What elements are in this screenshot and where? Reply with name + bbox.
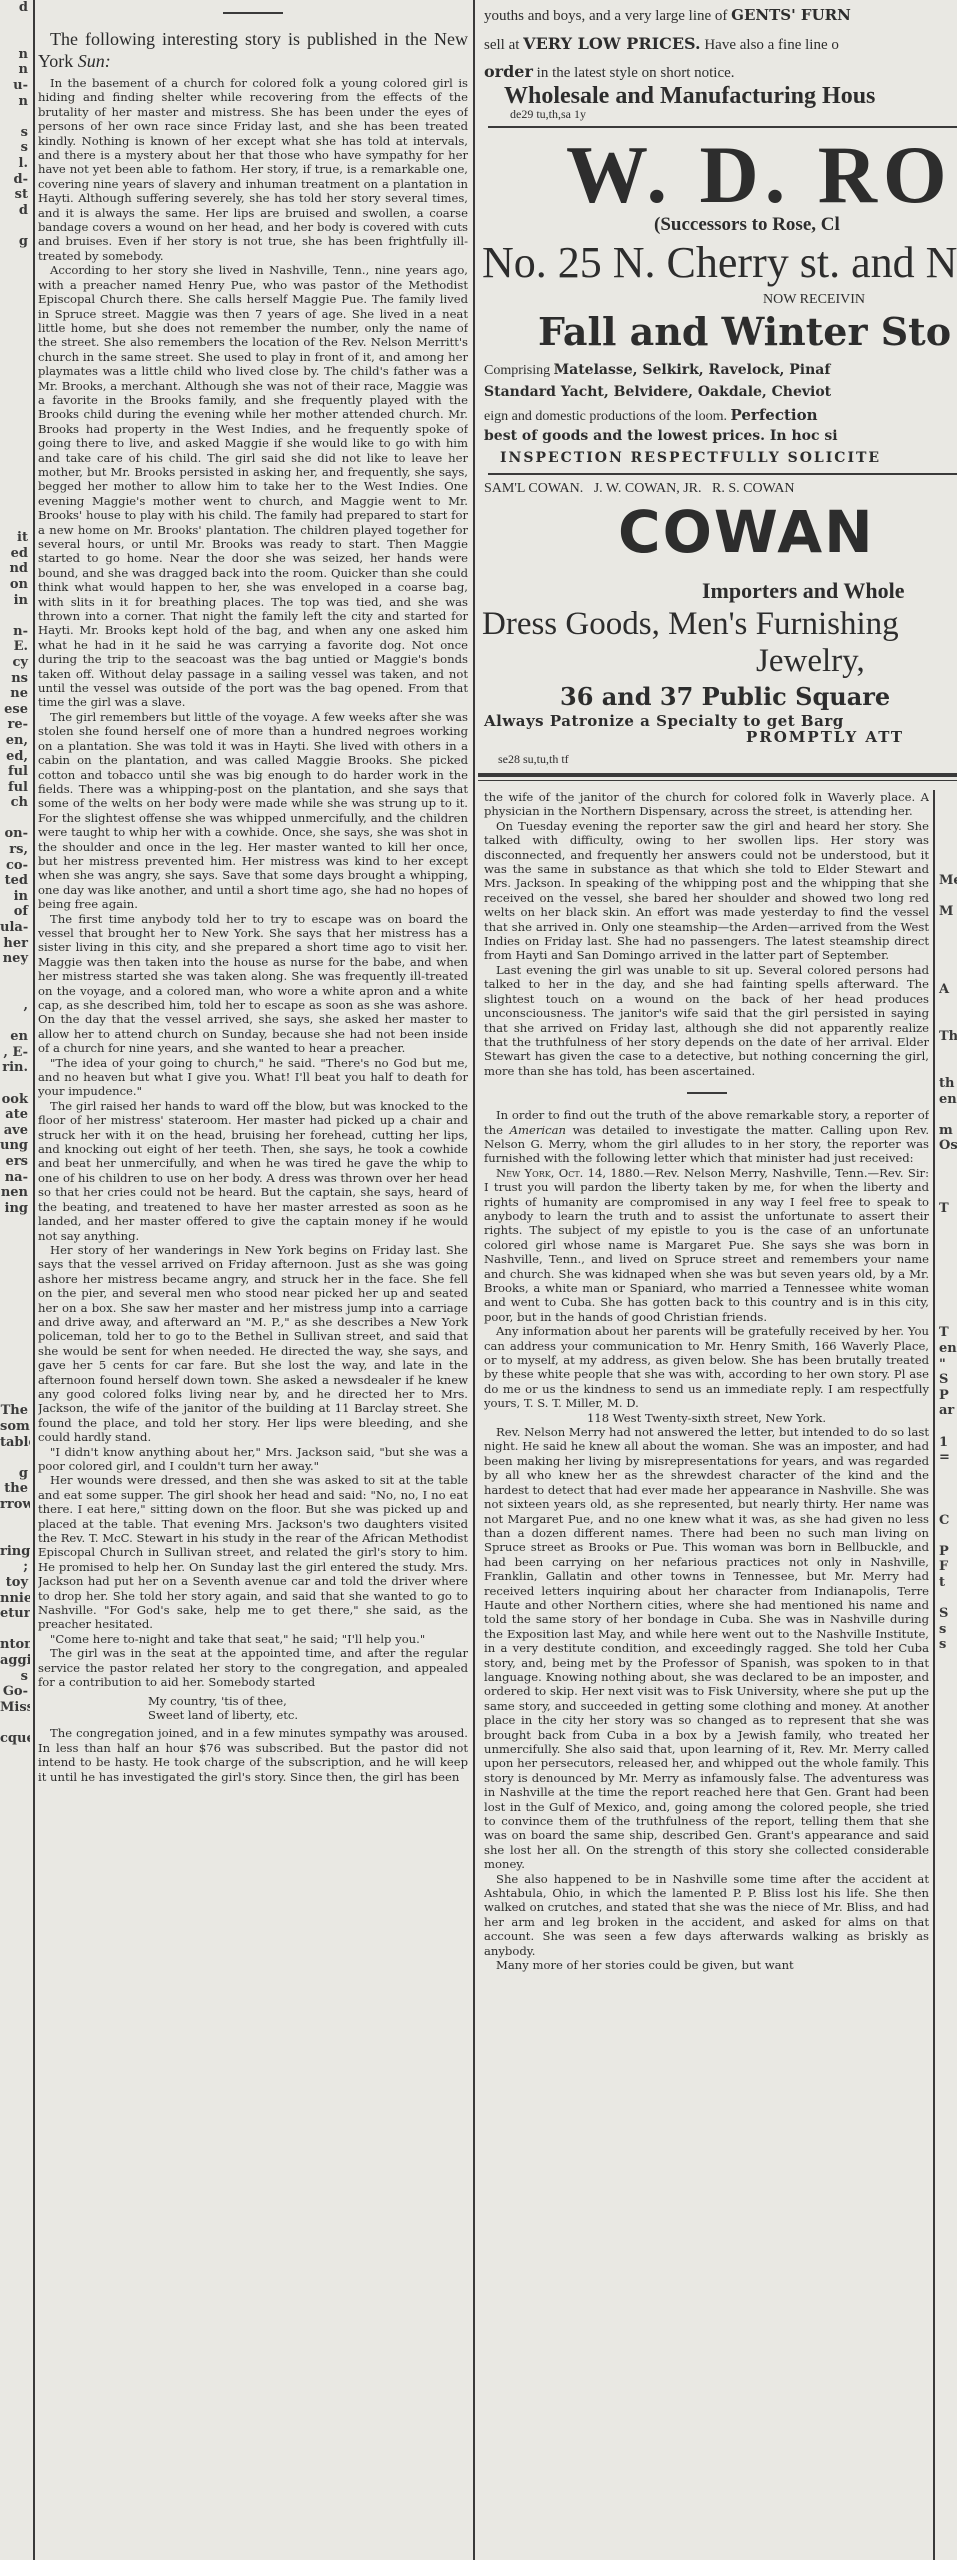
- story-paragraph: In the basement of a church for colored …: [38, 76, 468, 263]
- cropped-text-fragment: [937, 1170, 957, 1186]
- cropped-text-fragment: n: [0, 62, 30, 78]
- cropped-text-fragment: [0, 1513, 30, 1529]
- cropped-text-fragment: [937, 296, 957, 312]
- cropped-text-fragment: [937, 1466, 957, 1482]
- cropped-text-fragment: en,: [0, 733, 30, 749]
- cropped-text-fragment: [937, 0, 957, 16]
- cropped-text-fragment: [0, 483, 30, 499]
- cropped-text-fragment: aggie: [0, 1653, 30, 1669]
- cropped-text-fragment: [0, 343, 30, 359]
- cropped-text-fragment: table: [0, 1435, 30, 1451]
- cropped-text-fragment: [937, 421, 957, 437]
- cropped-text-fragment: [937, 1216, 957, 1232]
- section-divider: [687, 1092, 727, 1094]
- cropped-text-fragment: en: [937, 1092, 957, 1108]
- cropped-text-fragment: [937, 1014, 957, 1030]
- cropped-text-fragment: [0, 1232, 30, 1248]
- ads-bottom-rule: [478, 773, 957, 777]
- ad-prices-line: sell at VERY LOW PRICES. Have also a fin…: [484, 34, 839, 54]
- cropped-text-fragment: [937, 1481, 957, 1497]
- cropped-text-fragment: [937, 826, 957, 842]
- cropped-text-fragment: [0, 1528, 30, 1544]
- cropped-text-fragment: ate: [0, 1107, 30, 1123]
- story-paragraph: According to her story she lived in Nash…: [38, 263, 468, 710]
- ad-cowan-partners: SAM'L COWAN. J. W. COWAN, JR. R. S. COWA…: [484, 481, 794, 497]
- cropped-text-fragment: it: [0, 530, 30, 546]
- cropped-text-fragment: T: [937, 1325, 957, 1341]
- cropped-text-fragment: [937, 764, 957, 780]
- cropped-text-fragment: [937, 1248, 957, 1264]
- cropped-text-fragment: M: [937, 904, 957, 920]
- cropped-text-fragment: ar: [937, 1403, 957, 1419]
- cropped-text-fragment: [937, 842, 957, 858]
- cropped-text-fragment: [937, 998, 957, 1014]
- cropped-text-fragment: [937, 1045, 957, 1061]
- cropped-text-fragment: [937, 405, 957, 421]
- cropped-text-fragment: rs,: [0, 842, 30, 858]
- cropped-text-fragment: some: [0, 1419, 30, 1435]
- cropped-text-fragment: ful: [0, 780, 30, 796]
- cropped-text-fragment: nnie: [0, 1591, 30, 1607]
- cropped-text-fragment: rrow: [0, 1497, 30, 1513]
- cropped-text-fragment: [937, 889, 957, 905]
- story-paragraph: She also happened to be in Nashville som…: [484, 1872, 929, 1958]
- cropped-text-fragment: [937, 686, 957, 702]
- cropped-text-fragment: [0, 811, 30, 827]
- cropped-text-fragment: s: [937, 1622, 957, 1638]
- cropped-text-fragment: cque,: [0, 1731, 30, 1747]
- story-paragraph: The girl raised her hands to ward off th…: [38, 1099, 468, 1243]
- cropped-text-fragment: [0, 312, 30, 328]
- ad-divider: [488, 473, 957, 475]
- letter-address: 118 West Twenty-sixth street, New York.: [484, 1411, 929, 1425]
- ad-cowan-name: COWAN: [618, 500, 875, 564]
- investigation-paragraph: In order to find out the truth of the ab…: [484, 1108, 929, 1166]
- cropped-text-fragment: [0, 421, 30, 437]
- cropped-text-fragment: [937, 47, 957, 63]
- cropped-text-fragment: ed: [0, 546, 30, 562]
- cropped-text-fragment: ese: [0, 702, 30, 718]
- cropped-text-fragment: 1: [937, 1435, 957, 1451]
- ads-bottom-rule-thin: [478, 780, 957, 781]
- cropped-text-fragment: [937, 936, 957, 952]
- cropped-text-fragment: [0, 265, 30, 281]
- cropped-text-fragment: nd: [0, 561, 30, 577]
- cropped-text-fragment: [937, 593, 957, 609]
- cropped-text-fragment: [0, 1372, 30, 1388]
- cropped-text-fragment: Miss: [0, 1700, 30, 1716]
- cropped-text-fragment: m: [937, 1123, 957, 1139]
- cropped-text-fragment: Os: [937, 1138, 957, 1154]
- cropped-text-fragment: [0, 1263, 30, 1279]
- cropped-text-fragment: ers: [0, 1154, 30, 1170]
- advertisements: youths and boys, and a very large line o…: [478, 0, 957, 780]
- cropped-text-fragment: st: [0, 187, 30, 203]
- story-paragraph: Rev. Nelson Merry had not answered the l…: [484, 1425, 929, 1872]
- story-paragraph: "Come here to-night and take that seat,"…: [38, 1632, 468, 1646]
- cropped-text-fragment: [0, 1325, 30, 1341]
- story-paragraph: Many more of her stories could be given,…: [484, 1958, 929, 1972]
- cropped-text-fragment: ; toy: [0, 1559, 30, 1590]
- cropped-text-fragment: P: [937, 1544, 957, 1560]
- cropped-text-fragment: [937, 624, 957, 640]
- cropped-text-fragment: g the: [0, 1466, 30, 1497]
- story-paragraph: "The idea of your going to church," he s…: [38, 1056, 468, 1099]
- cropped-text-fragment: [937, 31, 957, 47]
- cropped-text-fragment: [937, 951, 957, 967]
- cropped-text-fragment: ns: [0, 671, 30, 687]
- ad-importers: Importers and Whole: [702, 578, 905, 604]
- ad-successors: (Successors to Rose, Cl: [654, 214, 840, 236]
- cropped-text-fragment: [937, 1528, 957, 1544]
- cropped-text-fragment: [937, 172, 957, 188]
- cropped-text-fragment: [937, 749, 957, 765]
- cropped-text-fragment: ave: [0, 1123, 30, 1139]
- cropped-text-fragment: [937, 561, 957, 577]
- cropped-text-fragment: d: [0, 203, 30, 219]
- cropped-text-fragment: [0, 452, 30, 468]
- cropped-text-fragment: [937, 858, 957, 874]
- cropped-text-fragment: s: [937, 1637, 957, 1653]
- cropped-text-fragment: ing: [0, 1201, 30, 1217]
- ad-code: de29 tu,th,sa 1y: [510, 107, 586, 122]
- cropped-text-fragment: [0, 1388, 30, 1404]
- cropped-text-fragment: [937, 1279, 957, 1295]
- cropped-text-fragment: [0, 967, 30, 983]
- cropped-text-fragment: on-: [0, 826, 30, 842]
- cropped-text-fragment: [937, 702, 957, 718]
- cropped-text-fragment: ed,: [0, 749, 30, 765]
- story-paragraph: The girl was in the seat at the appointe…: [38, 1646, 468, 1689]
- story-paragraph: The congregation joined, and in a few mi…: [38, 1726, 468, 1784]
- cropped-text-fragment: eturn: [0, 1606, 30, 1622]
- ad-public-square: 36 and 37 Public Square: [560, 682, 890, 711]
- cropped-text-fragment: nton;: [0, 1637, 30, 1653]
- cropped-text-fragment: [937, 1294, 957, 1310]
- cropped-text-fragment: ch: [0, 795, 30, 811]
- cropped-text-fragment: [0, 359, 30, 375]
- cropped-text-fragment: [0, 31, 30, 47]
- cropped-text-fragment: u-: [0, 78, 30, 94]
- cropped-text-fragment: na-: [0, 1170, 30, 1186]
- story-paragraph: The girl remembers but little of the voy…: [38, 710, 468, 912]
- cropped-text-fragment: [937, 499, 957, 515]
- cropped-text-fragment: t: [937, 1575, 957, 1591]
- cropped-text-fragment: [0, 499, 30, 515]
- cropped-text-fragment: on: [0, 577, 30, 593]
- ad-fall-winter: Fall and Winter Sto: [538, 310, 951, 354]
- cropped-text-fragment: [937, 1107, 957, 1123]
- cropped-text-fragment: [937, 967, 957, 983]
- cropped-text-fragment: The: [0, 1403, 30, 1419]
- cropped-text-fragment: her: [0, 936, 30, 952]
- section-divider: [223, 12, 283, 14]
- cropped-text-fragment: [937, 655, 957, 671]
- story-paragraph: "I didn't know anything about her," Mrs.…: [38, 1445, 468, 1474]
- cropped-text-fragment: S: [937, 1372, 957, 1388]
- poem-quote: My country, 'tis of thee, Sweet land of …: [38, 1694, 468, 1723]
- cropped-text-fragment: ney: [0, 951, 30, 967]
- cropped-text-fragment: s: [0, 140, 30, 156]
- cropped-text-fragment: [0, 16, 30, 32]
- cropped-text-fragment: [0, 437, 30, 453]
- cropped-text-fragment: [0, 1715, 30, 1731]
- ad-code: se28 su,tu,th tf: [498, 752, 569, 767]
- cropped-text-fragment: [937, 780, 957, 796]
- cropped-text-fragment: [0, 1279, 30, 1295]
- cropped-text-fragment: [0, 1014, 30, 1030]
- cropped-text-fragment: [0, 1294, 30, 1310]
- cropped-text-fragment: Th: [937, 1029, 957, 1045]
- cropped-text-fragment: [0, 1450, 30, 1466]
- ad-now-receiving: NOW RECEIVIN: [763, 292, 865, 308]
- story-paragraph: Her wounds were dressed, and then she wa…: [38, 1473, 468, 1631]
- right-cropped-column: Me M A Th then mOs T Ten"SPar 1= C PFt S…: [937, 0, 957, 2560]
- cropped-text-fragment: ook: [0, 1092, 30, 1108]
- cropped-text-fragment: [0, 281, 30, 297]
- cropped-text-fragment: [937, 1263, 957, 1279]
- story-paragraph: Her story of her wanderings in New York …: [38, 1243, 468, 1445]
- cropped-text-fragment: [937, 156, 957, 172]
- cropped-text-fragment: [937, 671, 957, 687]
- cropped-text-fragment: [0, 515, 30, 531]
- cropped-text-fragment: ne: [0, 686, 30, 702]
- cropped-text-fragment: P: [937, 1388, 957, 1404]
- cropped-text-fragment: ring,: [0, 1544, 30, 1560]
- cropped-text-fragment: [937, 1185, 957, 1201]
- cropped-text-fragment: l.: [0, 156, 30, 172]
- cropped-text-fragment: [0, 608, 30, 624]
- cropped-text-fragment: s Go-: [0, 1669, 30, 1700]
- cropped-text-fragment: [937, 1232, 957, 1248]
- ad-wholesale-heading: Wholesale and Manufacturing Hous: [504, 83, 875, 110]
- cropped-text-fragment: [0, 250, 30, 266]
- main-story-column: The following interesting story is publi…: [38, 12, 468, 2560]
- cropped-text-fragment: re-: [0, 717, 30, 733]
- cropped-text-fragment: [0, 1310, 30, 1326]
- ad-order-line: order in the latest style on short notic…: [484, 62, 735, 82]
- poem-line: My country, 'tis of thee,: [148, 1694, 468, 1708]
- cropped-text-fragment: [937, 608, 957, 624]
- cropped-text-fragment: co-: [0, 858, 30, 874]
- cropped-text-fragment: in: [0, 593, 30, 609]
- cropped-text-fragment: in: [0, 889, 30, 905]
- ad-jewelry: Jewelry,: [756, 642, 865, 680]
- cropped-text-fragment: [937, 343, 957, 359]
- cropped-text-fragment: [937, 281, 957, 297]
- column-rule-left: [33, 0, 35, 2560]
- cropped-text-fragment: [0, 468, 30, 484]
- cropped-text-fragment: n-: [0, 624, 30, 640]
- cropped-text-fragment: [937, 811, 957, 827]
- cropped-text-fragment: =: [937, 1450, 957, 1466]
- cropped-text-fragment: [937, 483, 957, 499]
- cropped-text-fragment: rin.: [0, 1060, 30, 1076]
- cropped-text-fragment: [937, 515, 957, 531]
- cropped-text-fragment: T: [937, 1201, 957, 1217]
- ad-comprising: Comprising Matelasse, Selkirk, Ravelock,…: [484, 362, 830, 379]
- cropped-text-fragment: [937, 390, 957, 406]
- cropped-text-fragment: [0, 390, 30, 406]
- cropped-text-fragment: S: [937, 1606, 957, 1622]
- letter-paragraph: Any information about her parents will b…: [484, 1324, 929, 1410]
- cropped-text-fragment: d: [0, 0, 30, 16]
- ad-rose-name: W. D. ROS: [566, 130, 957, 220]
- cropped-text-fragment: ung: [0, 1138, 30, 1154]
- ad-eign-line: eign and domestic productions of the loo…: [484, 406, 818, 425]
- cropped-text-fragment: [937, 140, 957, 156]
- ad-promptly: PROMPTLY ATT: [746, 728, 904, 746]
- cropped-text-fragment: [937, 94, 957, 110]
- cropped-text-fragment: [937, 125, 957, 141]
- cropped-text-fragment: [937, 1154, 957, 1170]
- cropped-text-fragment: nen: [0, 1185, 30, 1201]
- ad-dress-goods: Dress Goods, Men's Furnishing: [482, 605, 899, 643]
- cropped-text-fragment: th: [937, 1076, 957, 1092]
- column-rule-center: [473, 0, 475, 2560]
- story-paragraph: Last evening the girl was unable to sit …: [484, 963, 929, 1078]
- cropped-text-fragment: [937, 577, 957, 593]
- cropped-text-fragment: Me: [937, 873, 957, 889]
- cropped-text-fragment: [937, 265, 957, 281]
- ad-standard-line: Standard Yacht, Belvidere, Oakdale, Chev…: [484, 384, 831, 400]
- cropped-text-fragment: of: [0, 904, 30, 920]
- cropped-text-fragment: [0, 218, 30, 234]
- cropped-text-fragment: [937, 374, 957, 390]
- cropped-text-fragment: n: [0, 47, 30, 63]
- cropped-text-fragment: en: [937, 1341, 957, 1357]
- cropped-text-fragment: [937, 468, 957, 484]
- cropped-text-fragment: [0, 1216, 30, 1232]
- cropped-text-fragment: ted: [0, 873, 30, 889]
- cropped-text-fragment: [937, 546, 957, 562]
- cropped-text-fragment: E.: [0, 639, 30, 655]
- ad-address: No. 25 N. Cherry st. and N: [482, 238, 957, 288]
- poem-line: Sweet land of liberty, etc.: [148, 1708, 468, 1722]
- ad-best-line: best of goods and the lowest prices. In …: [484, 428, 838, 444]
- cropped-text-fragment: [937, 109, 957, 125]
- cropped-text-fragment: [0, 327, 30, 343]
- cropped-text-fragment: [937, 639, 957, 655]
- cropped-text-fragment: [937, 250, 957, 266]
- cropped-text-fragment: F: [937, 1559, 957, 1575]
- column-rule-right: [933, 790, 935, 2560]
- right-story-column: the wife of the janitor of the church fo…: [484, 790, 929, 2560]
- cropped-text-fragment: [937, 1419, 957, 1435]
- letter-paragraph: New York, Oct. 14, 1880.—Rev. Nelson Mer…: [484, 1166, 929, 1324]
- cropped-text-fragment: [937, 1310, 957, 1326]
- cropped-text-fragment: ful: [0, 764, 30, 780]
- cropped-text-fragment: [0, 1076, 30, 1092]
- cropped-text-fragment: [937, 16, 957, 32]
- cropped-text-fragment: [937, 1060, 957, 1076]
- cropped-text-fragment: [937, 187, 957, 203]
- cropped-text-fragment: n: [0, 94, 30, 110]
- cropped-text-fragment: [937, 312, 957, 328]
- cropped-text-fragment: [0, 982, 30, 998]
- cropped-text-fragment: g: [0, 234, 30, 250]
- cropped-text-fragment: [937, 920, 957, 936]
- ad-inspection: INSPECTION RESPECTFULLY SOLICITE: [500, 450, 881, 466]
- cropped-text-fragment: d-: [0, 172, 30, 188]
- cropped-text-fragment: [0, 1357, 30, 1373]
- cropped-text-fragment: [937, 62, 957, 78]
- cropped-text-fragment: A: [937, 982, 957, 998]
- cropped-text-fragment: [937, 437, 957, 453]
- cropped-text-fragment: [0, 109, 30, 125]
- story-paragraph: the wife of the janitor of the church fo…: [484, 790, 929, 819]
- cropped-text-fragment: en: [0, 1029, 30, 1045]
- story-paragraph: The first time anybody told her to try t…: [38, 912, 468, 1056]
- cropped-text-fragment: [937, 78, 957, 94]
- cropped-text-fragment: C: [937, 1513, 957, 1529]
- cropped-text-fragment: ula-: [0, 920, 30, 936]
- cropped-text-fragment: cy: [0, 655, 30, 671]
- cropped-text-fragment: [937, 452, 957, 468]
- cropped-text-fragment: [937, 359, 957, 375]
- cropped-text-fragment: [937, 795, 957, 811]
- cropped-text-fragment: [0, 405, 30, 421]
- cropped-text-fragment: [937, 1591, 957, 1607]
- cropped-text-fragment: [0, 374, 30, 390]
- cropped-text-fragment: [0, 296, 30, 312]
- cropped-text-fragment: [937, 218, 957, 234]
- ad-divider: [488, 126, 957, 128]
- cropped-text-fragment: ,: [0, 998, 30, 1014]
- cropped-text-fragment: [0, 1248, 30, 1264]
- cropped-text-fragment: [937, 733, 957, 749]
- cropped-text-fragment: ": [937, 1357, 957, 1373]
- cropped-text-fragment: [0, 1622, 30, 1638]
- cropped-text-fragment: [0, 1341, 30, 1357]
- cropped-text-fragment: [937, 717, 957, 733]
- cropped-text-fragment: [937, 530, 957, 546]
- ad-gents-line: youths and boys, and a very large line o…: [484, 6, 851, 25]
- cropped-text-fragment: [937, 203, 957, 219]
- cropped-text-fragment: [937, 1497, 957, 1513]
- left-cropped-column: d nnu-n ssl.d-std g itedndonin n-E.cynsn…: [0, 0, 30, 2560]
- cropped-text-fragment: [937, 327, 957, 343]
- cropped-text-fragment: [937, 234, 957, 250]
- cropped-text-fragment: s: [0, 125, 30, 141]
- story-paragraph: On Tuesday evening the reporter saw the …: [484, 819, 929, 963]
- cropped-text-fragment: , E-: [0, 1045, 30, 1061]
- story-intro: The following interesting story is publi…: [38, 28, 468, 72]
